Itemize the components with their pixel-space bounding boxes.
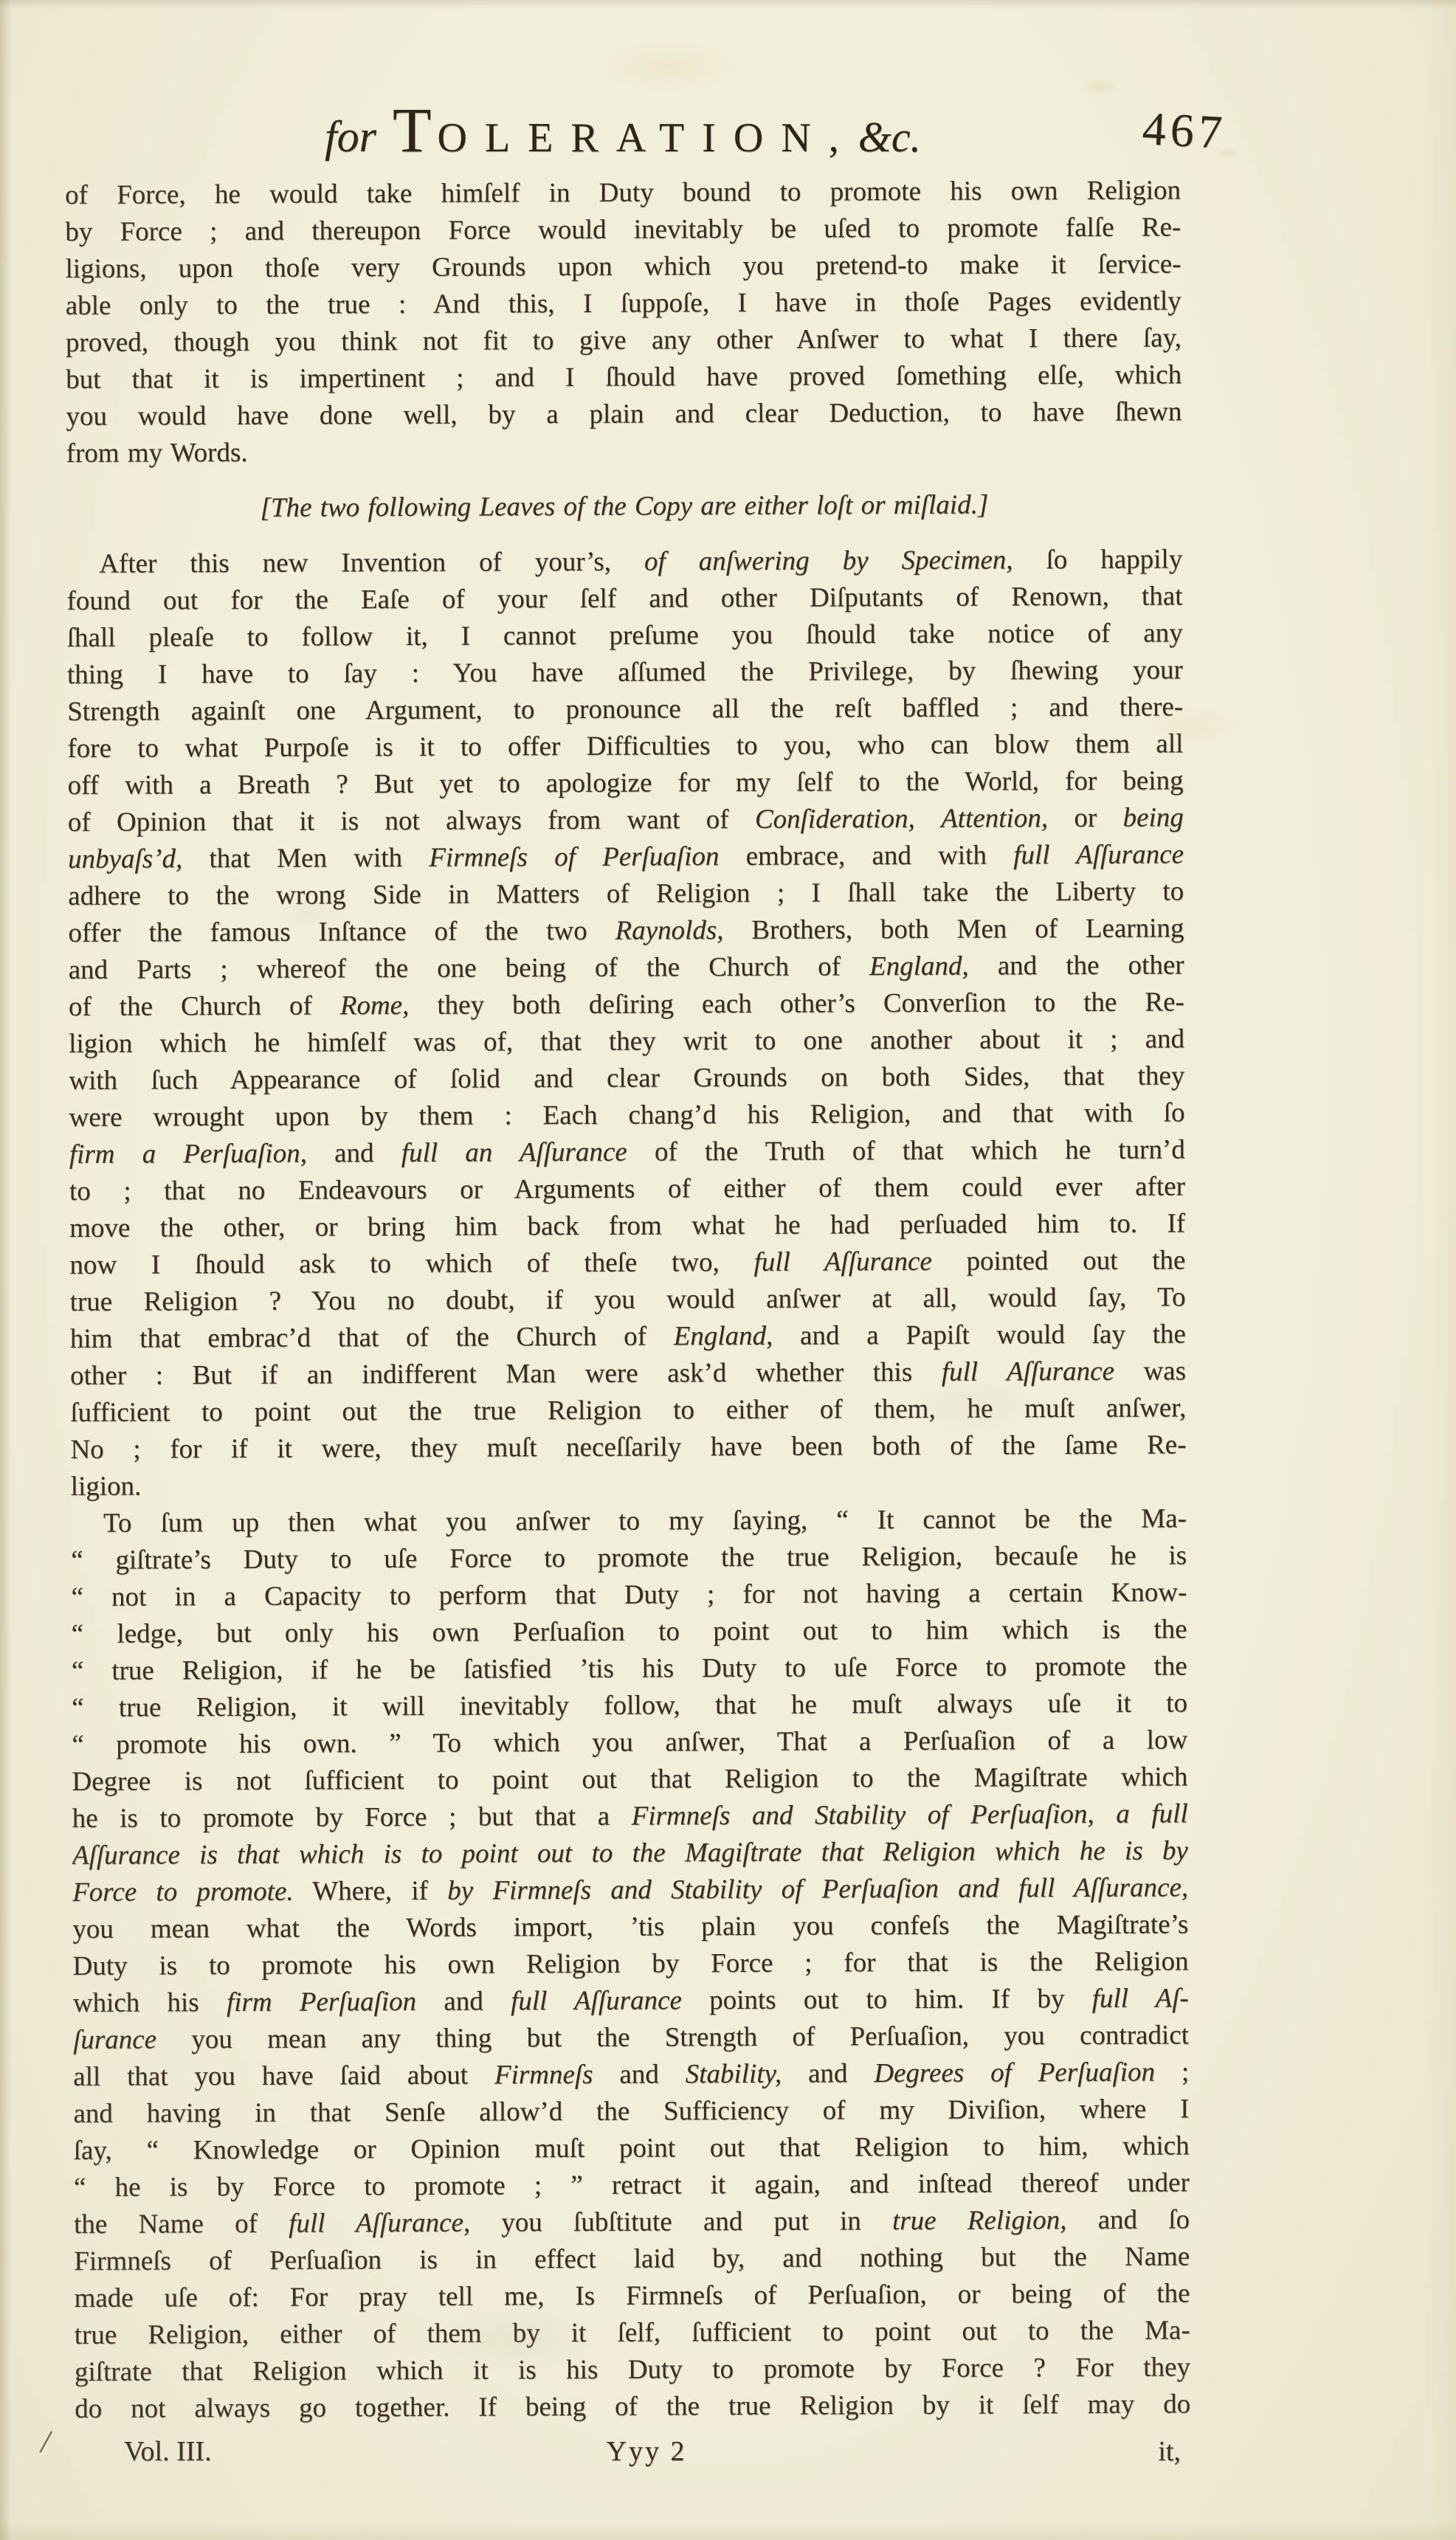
- text-line: you would have done well, by a plain and…: [66, 393, 1181, 435]
- text-run: by Firmneſs and Stability of Perſuaſion …: [447, 1872, 1188, 1905]
- text-line: “ promote his own. ” To which you anſwer…: [72, 1722, 1187, 1764]
- text-run: he is to promote by Force ; but that a: [72, 1801, 632, 1834]
- copy-note-line: [The two following Leaves of the Copy ar…: [66, 486, 1182, 528]
- text-line: Degree is not ſufficient to point out th…: [72, 1759, 1187, 1801]
- text-run: and: [307, 1138, 401, 1169]
- text-line: “ not in a Capacity to perform that Duty…: [71, 1574, 1187, 1616]
- text-line: thing I have to ſay : You have aſſumed t…: [67, 652, 1183, 694]
- text-run: Degrees of Perſuaſion: [874, 2057, 1155, 2089]
- text-line: able only to the true : And this, I ſupp…: [66, 283, 1181, 325]
- text-run: do not always go together. If being of t…: [75, 2389, 1190, 2424]
- text-run: “ giſtrate’s Duty to uſe Force to promot…: [71, 1540, 1187, 1576]
- text-run: firm Perſuaſion: [227, 1987, 416, 2018]
- text-line: he is to promote by Force ; but that a F…: [72, 1795, 1188, 1837]
- text-line: now I ſhould ask to which of theſe two, …: [69, 1242, 1185, 1284]
- text-line: firm a Perſuaſion, and full an Aſſurance…: [69, 1131, 1185, 1173]
- text-run: or: [1048, 803, 1123, 833]
- text-run: embrace, and with: [719, 840, 1013, 872]
- text-run: Conſideration,: [755, 804, 915, 835]
- text-run: Brothers, both Men of Learning: [723, 913, 1184, 945]
- text-line: No ; for if it were, they muſt neceſſari…: [70, 1426, 1186, 1469]
- text-run: full Aſſurance: [1013, 839, 1184, 870]
- text-run: by Force ; and thereupon Force would ine…: [65, 212, 1181, 247]
- text-run: Stability,: [686, 2059, 782, 2090]
- text-run: ſurance: [73, 2024, 156, 2054]
- text-line: ligions, upon thoſe very Grounds upon wh…: [65, 246, 1181, 288]
- margin-pen-mark: /: [38, 2421, 54, 2461]
- text-line: do not always go together. If being of t…: [75, 2386, 1190, 2428]
- text-line: Force to promote. Where, if by Firmneſs …: [72, 1869, 1188, 1911]
- text-line: “ giſtrate’s Duty to uſe Force to promot…: [71, 1537, 1187, 1579]
- text-run: you would have done well, by a plain and…: [66, 396, 1181, 432]
- text-run: Force to promote.: [72, 1877, 294, 1908]
- text-run: full Aſſurance,: [289, 2208, 470, 2239]
- text-run: England,: [674, 1321, 773, 1352]
- text-run: Firmneſs and Stability of Perſuaſion, a …: [632, 1798, 1188, 1831]
- text-line: To ſum up then what you anſwer to my ſay…: [71, 1500, 1187, 1542]
- running-head: for T OLERATION, &c.: [65, 93, 1181, 182]
- text-line: “ true Religion, if he be ſatisfied ’tis…: [72, 1648, 1187, 1690]
- text-line: “ true Religion, it will inevitably foll…: [72, 1685, 1187, 1727]
- text-run: you ſubſtitute and put in: [470, 2206, 892, 2237]
- text-run: giſtrate that Religion which it is his D…: [75, 2352, 1190, 2387]
- text-line: him that embrac’d that of the Church of …: [70, 1316, 1186, 1358]
- text-run: [915, 804, 942, 834]
- text-run: “ not in a Capacity to perform that Duty…: [71, 1577, 1187, 1612]
- text-run: ligions, upon thoſe very Grounds upon wh…: [65, 249, 1181, 284]
- running-head-title: OLERATION,: [438, 114, 857, 162]
- text-run: and ſo: [1066, 2204, 1190, 2235]
- text-run: Attention,: [941, 803, 1048, 834]
- text-run: ſufficient to point out the true Religio…: [70, 1392, 1186, 1428]
- text-run: and Parts ; whereof the one being of the…: [69, 951, 870, 985]
- text-run: was: [1114, 1356, 1186, 1386]
- text-run: the Name of: [74, 2209, 289, 2240]
- text-run: England,: [869, 951, 969, 982]
- text-run: unbyaſs’d,: [68, 843, 182, 874]
- text-line: ſurance you mean any thing but the Stren…: [73, 2017, 1189, 2059]
- text-run: true Religion ? You no doubt, if you wou…: [70, 1282, 1186, 1317]
- text-run: found out for the Eaſe of your ſelf and …: [66, 581, 1182, 616]
- text-run: Degree is not ſufficient to point out th…: [72, 1761, 1187, 1797]
- text-run: ſay, “ Knowledge or Opinion muſt point o…: [74, 2130, 1190, 2166]
- page-number: 467: [1141, 101, 1228, 160]
- text-line: adhere to the wrong Side in Matters of R…: [68, 873, 1184, 915]
- page-footer: Vol. III. Yyy 2 it,: [65, 2435, 1181, 2474]
- text-run: To ſum up then what you anſwer to my ſay…: [103, 1503, 1187, 1538]
- text-run: fore to what Purpoſe is it to offer Diff…: [67, 728, 1183, 764]
- text-line: ſufficient to point out the true Religio…: [70, 1390, 1186, 1432]
- page-body: of Force, he would take himſelf in Duty …: [65, 172, 1190, 2428]
- text-line: “ ledge, but only his own Perſuaſion to …: [72, 1611, 1187, 1653]
- text-line: and Parts ; whereof the one being of the…: [69, 947, 1184, 989]
- text-line: all that you have ſaid about Firmneſs an…: [73, 2054, 1189, 2096]
- text-run: now I ſhould ask to which of theſe two,: [69, 1247, 753, 1280]
- text-run: No ; for if it were, they muſt neceſſari…: [70, 1429, 1186, 1465]
- text-line: with ſuch Appearance of ſolid and clear …: [69, 1057, 1184, 1100]
- text-run: Rome,: [340, 990, 410, 1021]
- text-line: of the Church of Rome, they both deſirin…: [69, 984, 1184, 1026]
- text-run: all that you have ſaid about: [73, 2060, 494, 2091]
- text-line: proved, though you think not fit to give…: [66, 320, 1181, 362]
- text-run: points out to him. If by: [682, 1984, 1092, 2015]
- text-run: full Aſſurance: [511, 1985, 682, 2016]
- text-run: Duty is to promote his own Religion by F…: [72, 1946, 1188, 1981]
- text-line: other : But if an indifferent Man were a…: [70, 1353, 1186, 1395]
- text-run: ;: [1155, 2057, 1189, 2087]
- paragraph-3: After this new Invention of your’s, of a…: [66, 541, 1187, 1505]
- text-run: of anſwering by Specimen,: [644, 545, 1013, 576]
- text-line: ſay, “ Knowledge or Opinion muſt point o…: [74, 2127, 1190, 2170]
- text-run: of Opinion that it is not always from wa…: [68, 804, 755, 838]
- text-line: unbyaſs’d, that Men with Firmneſs of Per…: [68, 836, 1184, 878]
- text-run: of the Truth of that which he turn’d: [627, 1134, 1185, 1167]
- text-run: and having in that Senſe allow’d the Suf…: [73, 2094, 1189, 2129]
- text-run: being: [1123, 802, 1184, 832]
- text-line: the Name of full Aſſurance, you ſubſtitu…: [74, 2201, 1190, 2243]
- text-run: from my Words.: [66, 438, 248, 469]
- text-line: by Force ; and thereupon Force would ine…: [65, 209, 1181, 251]
- text-line: off with a Breath ? But yet to apologize…: [67, 762, 1183, 804]
- text-run: other : But if an indifferent Man were a…: [70, 1357, 942, 1391]
- text-line: were wrought upon by them : Each chang’d…: [69, 1094, 1184, 1136]
- text-run: able only to the true : And this, I ſupp…: [66, 286, 1181, 321]
- text-run: and: [416, 1986, 511, 2017]
- text-run: and a Papiſt would ſay the: [773, 1319, 1186, 1350]
- text-run: made uſe of: For pray tell me, Is Firmne…: [74, 2278, 1190, 2313]
- text-run: offer the famous Inſtance of the two: [68, 916, 615, 948]
- paragraph-1: of Force, he would take himſelf in Duty …: [65, 172, 1182, 472]
- text-run: adhere to the wrong Side in Matters of R…: [68, 876, 1184, 911]
- text-line: and having in that Senſe allow’d the Suf…: [73, 2091, 1189, 2133]
- text-run: move the other, or bring him back from w…: [69, 1208, 1185, 1243]
- text-run: thing I have to ſay : You have aſſumed t…: [67, 655, 1183, 690]
- text-line: Strength againſt one Argument, to pronou…: [67, 689, 1183, 731]
- text-run: full Aſſurance: [753, 1246, 931, 1277]
- text-line: ligion.: [71, 1463, 1187, 1505]
- text-run: of the Church of: [69, 990, 340, 1022]
- text-run: and: [593, 2059, 685, 2090]
- text-run: true Religion, either of them by it ſelf…: [75, 2315, 1190, 2350]
- text-run: true Religion,: [892, 2205, 1067, 2236]
- text-run: and: [782, 2058, 874, 2089]
- text-run: firm a Perſuaſion,: [69, 1139, 307, 1170]
- text-line: “ he is by Force to promote ; ” retract …: [74, 2164, 1190, 2206]
- text-run: Aſſurance is that which is to point out …: [72, 1835, 1188, 1871]
- text-line: you mean what the Words import, ’tis pla…: [72, 1906, 1188, 1948]
- text-run: pointed out the: [932, 1245, 1186, 1276]
- text-run: Where, if: [294, 1876, 448, 1907]
- text-run: of Force, he would take himſelf in Duty …: [65, 175, 1181, 210]
- text-line: but that it is impertinent ; and I ſhoul…: [66, 356, 1181, 398]
- text-run: “ true Religion, it will inevitably foll…: [72, 1688, 1187, 1723]
- text-run: “ promote his own. ” To which you anſwer…: [72, 1725, 1187, 1760]
- text-run: full Aſ-: [1092, 1983, 1189, 2014]
- text-run: full an Aſſurance: [401, 1137, 627, 1168]
- text-line: ligion which he himſelf was of, that the…: [69, 1021, 1184, 1063]
- text-line: giſtrate that Religion which it is his D…: [75, 2349, 1190, 2391]
- text-run: they both deſiring each other’s Converſi…: [409, 987, 1184, 1021]
- text-run: Firmneſs of Perſuaſion is in effect laid…: [74, 2241, 1190, 2277]
- text-line: which his firm Perſuaſion and full Aſſur…: [73, 1980, 1189, 2022]
- text-line: Duty is to promote his own Religion by F…: [72, 1943, 1188, 1985]
- text-run: “ true Religion, if he be ſatisfied ’tis…: [72, 1651, 1187, 1686]
- text-run: ligion.: [71, 1471, 142, 1502]
- text-line: true Religion ? You no doubt, if you wou…: [70, 1279, 1186, 1321]
- text-run: “ he is by Force to promote ; ” retract …: [74, 2167, 1190, 2203]
- text-line: made uſe of: For pray tell me, Is Firmne…: [74, 2275, 1190, 2317]
- text-run: which his: [73, 1987, 227, 2018]
- text-run: Firmneſs: [494, 2060, 593, 2091]
- text-line: After this new Invention of your’s, of a…: [66, 541, 1182, 583]
- text-run: Strength againſt one Argument, to pronou…: [67, 691, 1183, 727]
- text-run: to ; that no Endeavours or Arguments of …: [69, 1171, 1185, 1207]
- signature-mark: Yyy 2: [607, 2435, 687, 2468]
- text-run: full Aſſurance: [942, 1356, 1114, 1387]
- text-run: ſhall pleaſe to follow it, I cannot preſ…: [67, 618, 1183, 653]
- text-run: Firmneſs of Perſuaſion: [429, 841, 719, 873]
- text-run: off with a Breath ? But yet to apologize…: [68, 765, 1184, 801]
- text-run: him that embrac’d that of the Church of: [70, 1321, 674, 1354]
- text-line: offer the famous Inſtance of the two Ray…: [68, 910, 1184, 952]
- text-line: Aſſurance is that which is to point out …: [72, 1832, 1188, 1874]
- catchword: it,: [1158, 2435, 1181, 2468]
- text-run: you mean what the Words import, ’tis pla…: [72, 1909, 1188, 1944]
- text-run: you mean any thing but the Strength of P…: [156, 2020, 1189, 2054]
- text-run: ligion which he himſelf was of, that the…: [69, 1024, 1184, 1059]
- running-head-etc: &c.: [858, 112, 921, 162]
- text-line: fore to what Purpoſe is it to offer Diff…: [67, 725, 1183, 767]
- text-run: and the other: [969, 950, 1184, 981]
- text-line: of Opinion that it is not always from wa…: [68, 799, 1184, 841]
- text-run: but that it is impertinent ; and I ſhoul…: [66, 359, 1181, 395]
- text-run: ſo happily: [1013, 544, 1183, 575]
- text-run: Raynolds,: [615, 915, 723, 946]
- text-line: found out for the Eaſe of your ſelf and …: [66, 578, 1182, 620]
- text-line: Firmneſs of Perſuaſion is in effect laid…: [74, 2238, 1190, 2280]
- text-run: that Men with: [182, 843, 429, 874]
- volume-label: Vol. III.: [124, 2435, 212, 2468]
- text-line: of Force, he would take himſelf in Duty …: [65, 172, 1181, 214]
- text-run: with ſuch Appearance of ſolid and clear …: [69, 1060, 1184, 1096]
- text-run: After this new Invention of your’s,: [99, 547, 644, 579]
- text-line: true Religion, either of them by it ſelf…: [75, 2312, 1190, 2354]
- text-run: were wrought upon by them : Each chang’d…: [69, 1097, 1184, 1133]
- running-head-for: for: [325, 111, 376, 162]
- text-run: proved, though you think not fit to give…: [66, 322, 1181, 358]
- text-run: “ ledge, but only his own Perſuaſion to …: [72, 1614, 1187, 1649]
- running-head-title-initial: T: [393, 93, 438, 167]
- text-line: ſhall pleaſe to follow it, I cannot preſ…: [67, 615, 1183, 657]
- text-line: to ; that no Endeavours or Arguments of …: [69, 1168, 1185, 1210]
- text-line: from my Words.: [66, 430, 1182, 472]
- text-line: move the other, or bring him back from w…: [69, 1205, 1185, 1247]
- paragraph-4: To ſum up then what you anſwer to my ſay…: [71, 1500, 1190, 2428]
